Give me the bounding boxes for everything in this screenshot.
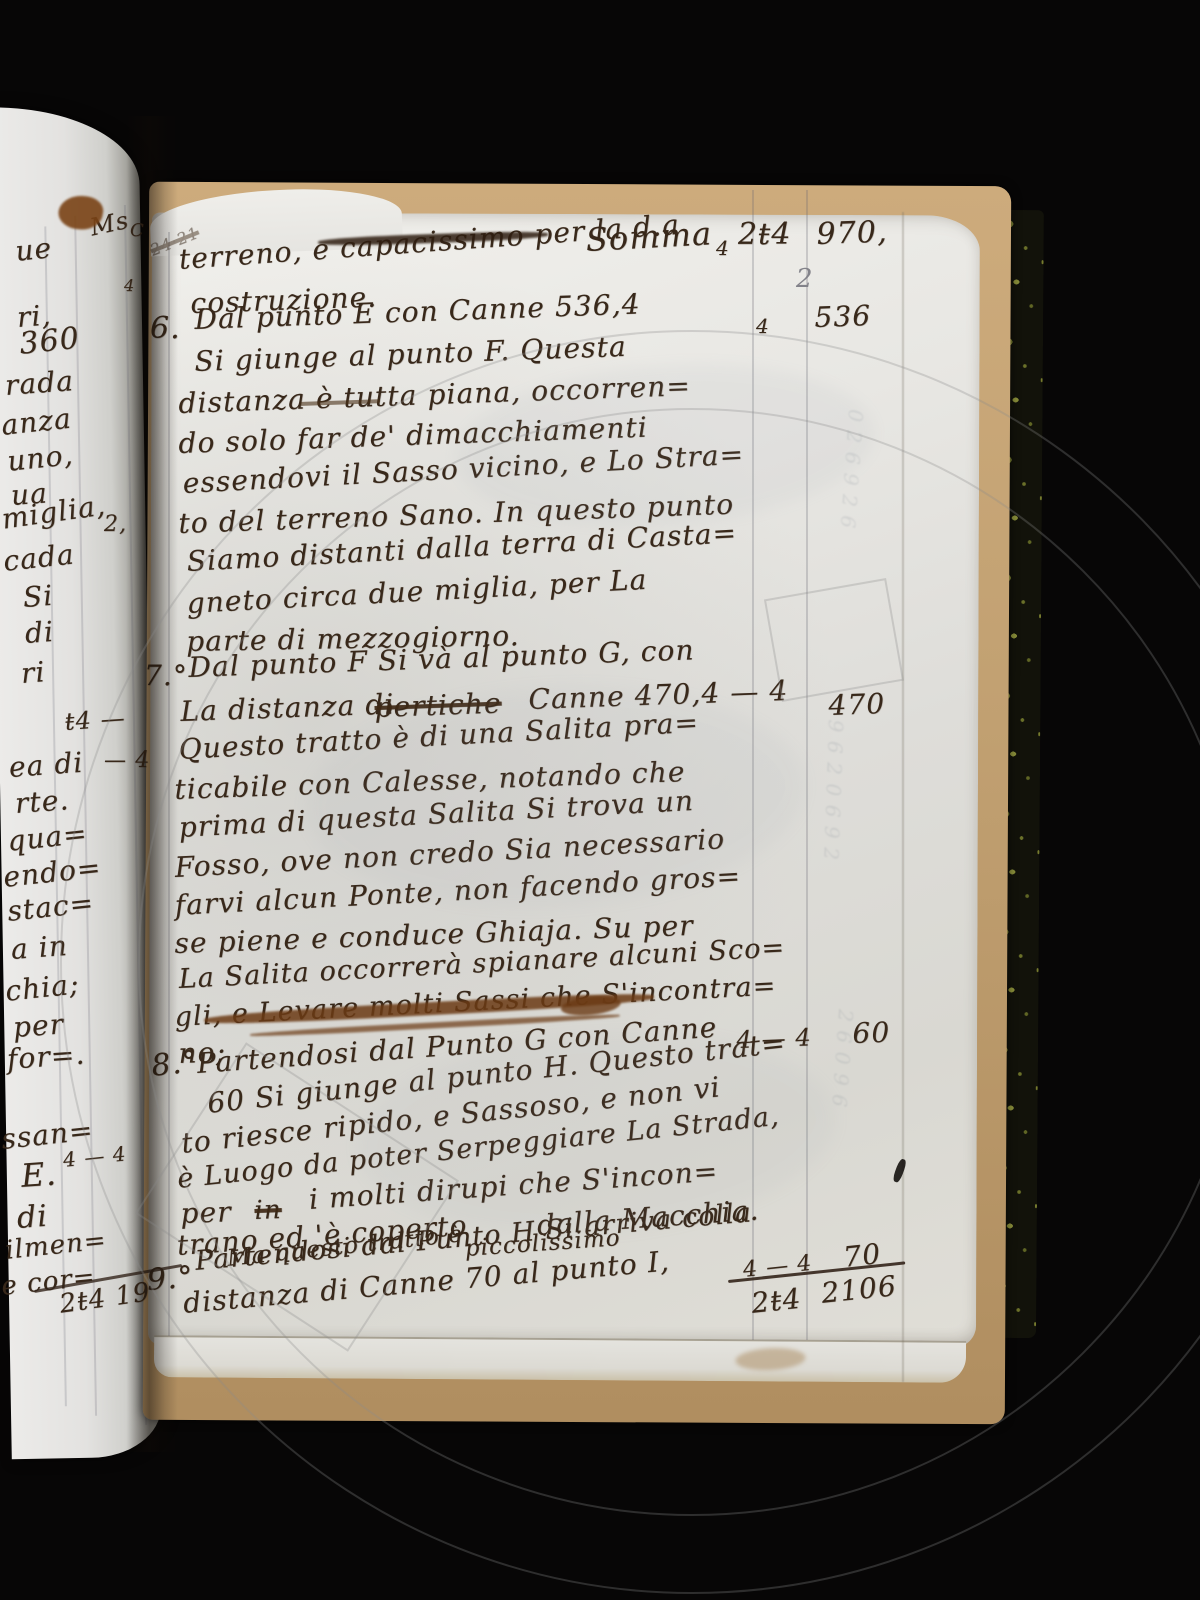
ruled-line bbox=[74, 216, 97, 1416]
verso-page bbox=[0, 105, 162, 1459]
underlying-page-edge bbox=[154, 1335, 966, 1383]
ruled-line-left-margin bbox=[168, 232, 170, 1336]
ruled-line bbox=[44, 226, 67, 1406]
photo-background: MsC4ueri,360radaanzauno,uamiglia,2,cadaS… bbox=[0, 0, 1200, 1600]
page-crease bbox=[902, 212, 904, 1382]
ruled-line-sum-column-1 bbox=[752, 190, 754, 1340]
recto-page bbox=[148, 213, 980, 1348]
ruled-line-sum-column-2 bbox=[806, 190, 808, 1340]
